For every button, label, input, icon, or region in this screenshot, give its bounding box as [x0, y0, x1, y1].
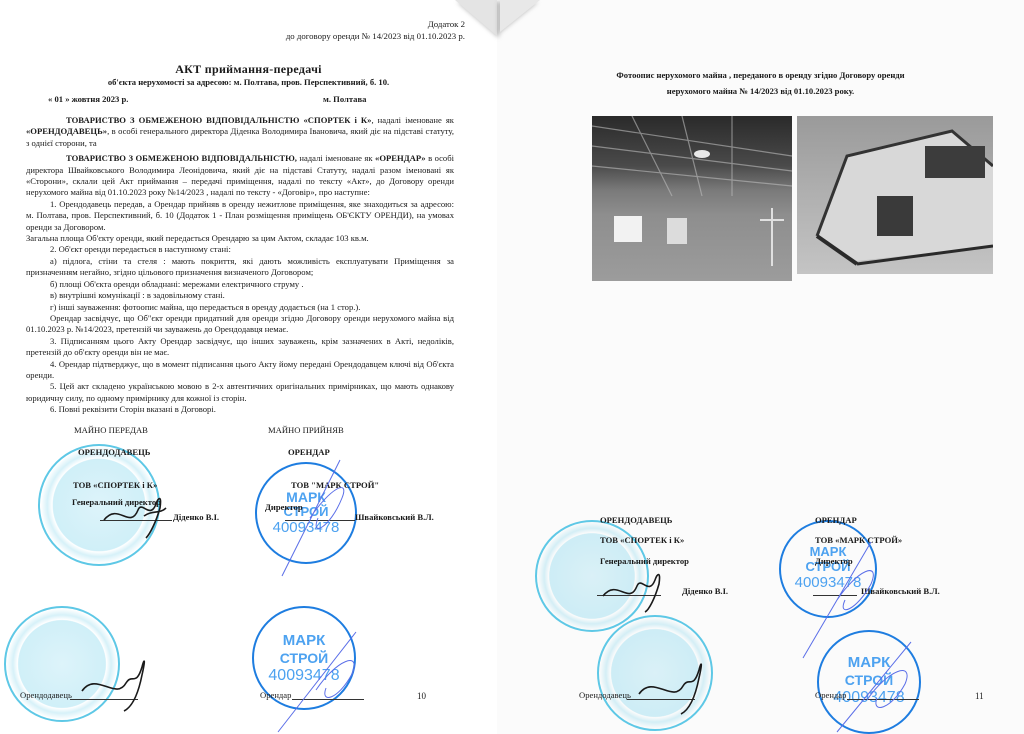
clause-5: 5. Цей акт складено українською мовою в … — [26, 381, 454, 404]
lessee-confirmation: Орендар засвідчує, що Об"єкт оренди прид… — [26, 313, 454, 336]
lessor-company: ТОВ «СПОРТЕК і К» — [600, 535, 684, 546]
act-title: АКТ приймання-передачі — [0, 62, 497, 77]
total-area: Загальна площа Об'єкту оренди, який пере… — [26, 233, 454, 244]
lessee-term: «ОРЕНДАР» — [375, 153, 426, 163]
footer-lessor-label: Орендодавець — [579, 690, 631, 701]
interior-photo-graphic — [592, 116, 792, 281]
page-10: Додаток 2 до договору оренди № 14/2023 в… — [0, 0, 497, 734]
clause-2a: а) підлога, стіни та стеля : мають покри… — [26, 256, 454, 279]
annex-reference: Додаток 2 до договору оренди № 14/2023 в… — [286, 18, 465, 42]
act-city: м. Полтава — [323, 94, 366, 104]
paragraph-lessee: ТОВАРИСТВО З ОБМЕЖЕНОЮ ВІДПОВІДАЛЬНІСТЮ,… — [26, 153, 454, 199]
footer-lessor-signature — [76, 655, 150, 715]
text: надалі іменоване як — [297, 153, 375, 163]
lessee-role: ОРЕНДАР — [288, 447, 330, 458]
paragraph-lessor: ТОВАРИСТВО З ОБМЕЖЕНОЮ ВІДПОВІДАЛЬНІСТЮ … — [26, 115, 454, 149]
lessor-signature — [599, 566, 669, 614]
clause-2: 2. Об'єкт оренди передається в наступном… — [26, 244, 454, 255]
footer-lessee-signature — [827, 640, 917, 734]
lessee-signature — [270, 458, 360, 578]
act-subtitle: об'єкта нерухомості за адресою: м. Полта… — [0, 77, 497, 87]
annex-line-1: Додаток 2 — [286, 18, 465, 30]
lessor-role: ОРЕНДОДАВЕЦЬ — [600, 515, 672, 526]
handed-over-label: МАЙНО ПЕРЕДАВ — [74, 425, 148, 436]
footer-lessor-label: Орендодавець — [20, 690, 72, 701]
clause-6: 6. Повні реквізити Сторін вказані в Дого… — [26, 404, 454, 415]
lessor-signature — [100, 490, 170, 540]
photo-report-title-line2: нерухомого майна № 14/2023 від 01.10.202… — [497, 83, 1024, 99]
lessor-name: Діденко В.І. — [173, 512, 219, 523]
lessor-term: «ОРЕНДОДАВЕЦЬ» — [26, 126, 107, 136]
photo-interior — [592, 116, 792, 281]
page-fold-corner-right — [500, 0, 540, 32]
page-11: Фотоопис нерухомого майна , переданого в… — [497, 0, 1024, 734]
clause-2c: в) внутрішні комунікації : в задовільном… — [26, 290, 454, 301]
act-body: ТОВАРИСТВО З ОБМЕЖЕНОЮ ВІДПОВІДАЛЬНІСТЮ … — [26, 115, 454, 416]
photo-report-title: Фотоопис нерухомого майна , переданого в… — [497, 67, 1024, 99]
page-number: 10 — [417, 691, 426, 701]
lessor-company-full: ТОВАРИСТВО З ОБМЕЖЕНОЮ ВІДПОВІДАЛЬНІСТЮ … — [66, 115, 371, 125]
lessee-name: Швайковський В.Л. — [355, 512, 434, 523]
accepted-label: МАЙНО ПРИЙНЯВ — [268, 425, 344, 436]
footer-lessor-signature — [633, 658, 707, 718]
act-title-block: АКТ приймання-передачі об'єкта нерухомос… — [0, 62, 497, 87]
lessee-role: ОРЕНДАР — [815, 515, 857, 526]
lessor-role: ОРЕНДОДАВЕЦЬ — [78, 447, 150, 458]
lessor-name: Діденко В.І. — [682, 586, 728, 597]
footer-lessee-signature — [276, 630, 366, 734]
clause-4: 4. Орендар підтверджує, що в момент підп… — [26, 359, 454, 382]
photo-exterior — [797, 116, 993, 274]
page-fold-corner-left — [455, 0, 497, 36]
annex-line-2: до договору оренди № 14/2023 від 01.10.2… — [286, 30, 465, 42]
clause-2d: г) інші зауваження: фотоопис майна, що п… — [26, 302, 454, 313]
page-number: 11 — [975, 691, 984, 701]
lessee-company-full: ТОВАРИСТВО З ОБМЕЖЕНОЮ ВІДПОВІДАЛЬНІСТЮ, — [66, 153, 297, 163]
clause-2b: б) площі Об'єкта оренди обладнані: мереж… — [26, 279, 454, 290]
text: , надалі іменоване як — [371, 115, 454, 125]
act-date: « 01 » жовтня 2023 р. — [48, 94, 128, 104]
photo-report-title-line1: Фотоопис нерухомого майна , переданого в… — [497, 67, 1024, 83]
clause-1: 1. Орендодавець передав, а Орендар прийн… — [26, 199, 454, 233]
clause-3: 3. Підписанням цього Акту Орендар засвід… — [26, 336, 454, 359]
exterior-photo-graphic — [797, 116, 993, 274]
